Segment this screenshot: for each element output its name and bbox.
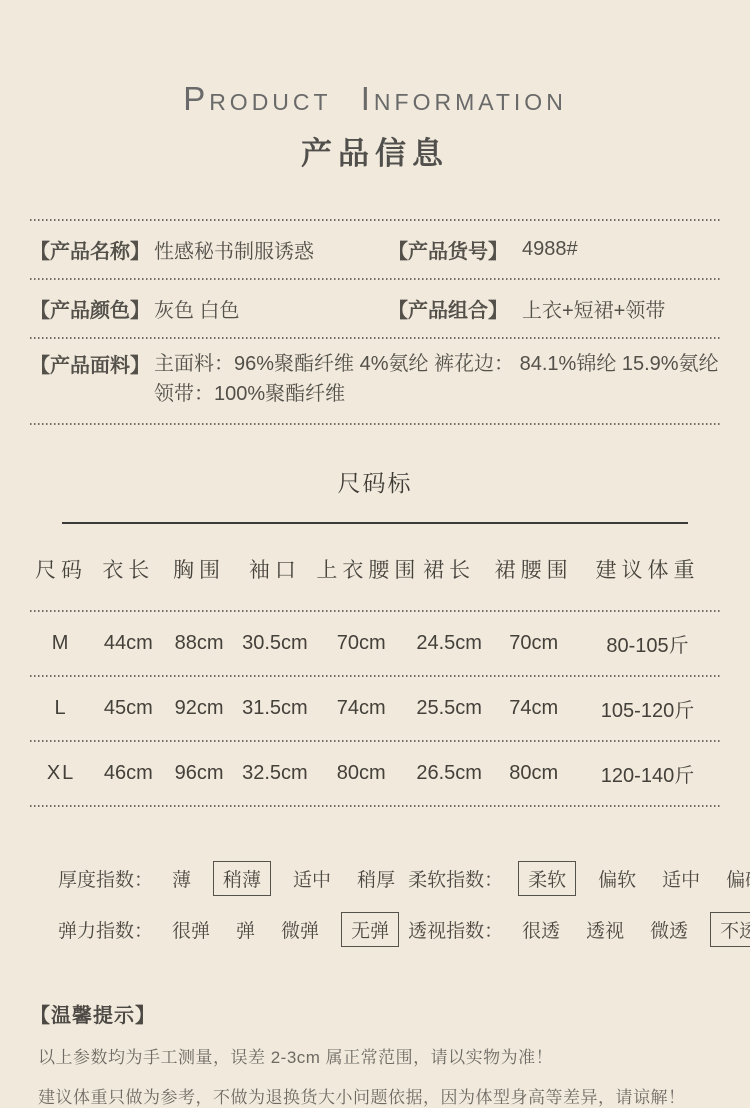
fabric-line-2: 领带：100%聚酯纤维 [154, 379, 719, 409]
col-header-weight: 建议体重 [575, 554, 720, 584]
thickness-index-group: 厚度指数： 薄 稍薄 适中 稍厚 [58, 861, 408, 896]
col-header-bust: 胸围 [165, 554, 234, 584]
table-row-xl: XL 46cm 96cm 32.5cm 80cm 26.5cm 80cm 120… [30, 742, 720, 805]
size-cell: 24.5cm [406, 632, 492, 655]
size-chart-table: 尺码 衣长 胸围 袖口 上衣腰围 裙长 裙腰围 建议体重 M 44cm 88cm… [30, 524, 720, 807]
size-cell: 80cm [316, 762, 406, 785]
index-option: 稍厚 [355, 861, 397, 896]
title-chinese: 产品信息 [0, 128, 750, 173]
product-combo-label: 【产品组合】 [388, 294, 508, 323]
dotted-divider [30, 423, 720, 425]
size-cell: XL [30, 762, 92, 785]
warm-tips-line-1: 以上参数均为手工测量，误差 2-3cm 属正常范围，请以实物为准！ [38, 1043, 720, 1068]
index-option: 微弹 [279, 912, 321, 947]
size-cell: 88cm [165, 632, 234, 655]
size-cell: 26.5cm [406, 762, 492, 785]
index-row-2: 弹力指数： 很弹 弹 微弹 无弹 透视指数： 很透 透视 微透 不透 [58, 912, 692, 947]
size-cell: 70cm [492, 632, 575, 655]
index-option: 适中 [291, 861, 333, 896]
size-cell: 46cm [92, 762, 164, 785]
transparency-index-label: 透视指数： [408, 916, 503, 943]
product-info-section: 【产品名称】 性感秘书制服诱惑 【产品货号】 4988# 【产品颜色】 灰色 白… [30, 219, 720, 425]
elasticity-index-label: 弹力指数： [58, 916, 153, 943]
softness-index-label: 柔软指数： [408, 865, 503, 892]
size-chart-header-row: 尺码 衣长 胸围 袖口 上衣腰围 裙长 裙腰围 建议体重 [30, 524, 720, 610]
index-option: 薄 [170, 861, 193, 896]
fabric-line-1: 主面料：96%聚酯纤维 4%氨纶 裤花边： 84.1%锦纶 15.9%氨纶 [154, 349, 719, 379]
fabric-index-section: 厚度指数： 薄 稍薄 适中 稍厚 柔软指数： 柔软 偏软 适中 偏硬 弹力指数：… [30, 861, 720, 947]
size-cell: 32.5cm [234, 762, 317, 785]
info-row-fabric: 【产品面料】 主面料：96%聚酯纤维 4%氨纶 裤花边： 84.1%锦纶 15.… [30, 339, 720, 423]
size-cell: 44cm [92, 632, 164, 655]
softness-index-group: 柔软指数： 柔软 偏软 适中 偏硬 [408, 861, 750, 896]
size-cell: 80cm [492, 762, 575, 785]
info-combo-group: 【产品组合】 上衣+短裙+领带 [388, 294, 720, 323]
size-cell: 30.5cm [234, 632, 317, 655]
size-cell: 92cm [165, 697, 234, 720]
size-cell: 105-120斤 [575, 694, 720, 723]
size-cell: M [30, 632, 92, 655]
index-option: 适中 [660, 861, 702, 896]
product-fabric-label: 【产品面料】 [30, 349, 150, 378]
table-row-l: L 45cm 92cm 31.5cm 74cm 25.5cm 74cm 105-… [30, 677, 720, 740]
transparency-index-group: 透视指数： 很透 透视 微透 不透 [408, 912, 750, 947]
index-row-1: 厚度指数： 薄 稍薄 适中 稍厚 柔软指数： 柔软 偏软 适中 偏硬 [58, 861, 692, 896]
size-cell: 74cm [316, 697, 406, 720]
index-option-selected: 稍薄 [213, 861, 271, 896]
info-name-group: 【产品名称】 性感秘书制服诱惑 [30, 235, 388, 264]
size-cell: 96cm [165, 762, 234, 785]
size-cell: 120-140斤 [575, 759, 720, 788]
product-name-label: 【产品名称】 [30, 235, 150, 264]
product-sku-value: 4988# [522, 238, 578, 261]
product-name-value: 性感秘书制服诱惑 [154, 235, 314, 264]
product-info-page: Product Information 产品信息 【产品名称】 性感秘书制服诱惑… [0, 0, 750, 1108]
info-row-color: 【产品颜色】 灰色 白色 【产品组合】 上衣+短裙+领带 [30, 280, 720, 337]
info-color-group: 【产品颜色】 灰色 白色 [30, 294, 388, 323]
size-cell: L [30, 697, 92, 720]
thickness-index-label: 厚度指数： [58, 865, 153, 892]
index-option: 透视 [584, 912, 626, 947]
col-header-top-waist: 上衣腰围 [316, 554, 406, 584]
size-cell: 70cm [316, 632, 406, 655]
index-option-selected: 柔软 [518, 861, 576, 896]
page-header: Product Information 产品信息 [0, 0, 750, 173]
col-header-size: 尺码 [30, 554, 92, 584]
product-combo-value: 上衣+短裙+领带 [522, 294, 665, 323]
dotted-divider [30, 805, 720, 807]
table-row-m: M 44cm 88cm 30.5cm 70cm 24.5cm 70cm 80-1… [30, 612, 720, 675]
index-option: 很透 [520, 912, 562, 947]
index-option: 偏硬 [724, 861, 750, 896]
col-header-skirt-length: 裙长 [406, 554, 492, 584]
size-cell: 31.5cm [234, 697, 317, 720]
index-option: 微透 [648, 912, 690, 947]
size-cell: 45cm [92, 697, 164, 720]
index-option-selected: 无弹 [341, 912, 399, 947]
warm-tips-title: 【温馨提示】 [30, 999, 720, 1028]
product-color-label: 【产品颜色】 [30, 294, 150, 323]
warm-tips-section: 【温馨提示】 以上参数均为手工测量，误差 2-3cm 属正常范围，请以实物为准！… [30, 999, 720, 1108]
elasticity-index-group: 弹力指数： 很弹 弹 微弹 无弹 [58, 912, 408, 947]
title-english: Product Information [0, 80, 750, 118]
col-header-skirt-waist: 裙腰围 [492, 554, 575, 584]
size-cell: 74cm [492, 697, 575, 720]
info-sku-group: 【产品货号】 4988# [388, 235, 720, 264]
index-option: 弹 [234, 912, 257, 947]
index-option-selected: 不透 [710, 912, 750, 947]
size-cell: 80-105斤 [575, 629, 720, 658]
size-chart-title: 尺码标 [0, 465, 750, 498]
warm-tips-line-2: 建议体重只做为参考，不做为退换货大小问题依据，因为体型身高等差异，请谅解！ [38, 1083, 720, 1108]
product-sku-label: 【产品货号】 [388, 235, 508, 264]
index-option: 很弹 [170, 912, 212, 947]
product-color-value: 灰色 白色 [154, 294, 240, 323]
size-cell: 25.5cm [406, 697, 492, 720]
col-header-cuff: 袖口 [234, 554, 317, 584]
col-header-length: 衣长 [92, 554, 164, 584]
product-fabric-value: 主面料：96%聚酯纤维 4%氨纶 裤花边： 84.1%锦纶 15.9%氨纶 领带… [154, 349, 719, 409]
index-option: 偏软 [596, 861, 638, 896]
info-row-name: 【产品名称】 性感秘书制服诱惑 【产品货号】 4988# [30, 221, 720, 278]
